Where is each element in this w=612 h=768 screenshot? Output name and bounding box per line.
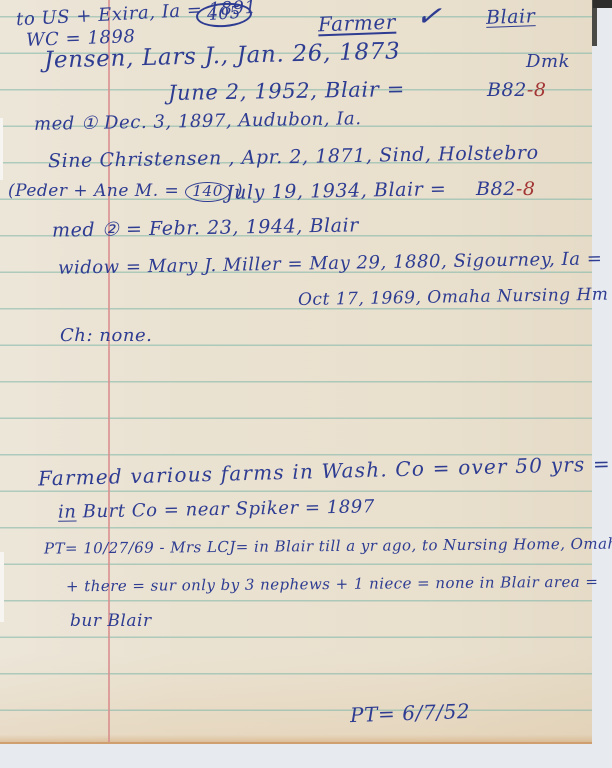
- birth-country: Dmk: [526, 52, 570, 72]
- plot-number: B82: [476, 178, 516, 200]
- children-note: Ch: none.: [60, 326, 152, 346]
- torn-left-edge: [0, 552, 4, 622]
- notebook-page: to US + Exira, Ia = 1891 WC = 1898 405 F…: [0, 0, 592, 744]
- cemetery-plot-2: B82-8: [476, 179, 536, 200]
- plot-suffix-red: -8: [516, 178, 536, 200]
- footer-pt-date: PT= 6/7/52: [350, 700, 471, 726]
- parents-text: (Peder + Ane M. =: [8, 181, 179, 201]
- cemetery-plot-1: B82-8: [487, 80, 547, 101]
- page-number-circled: 405: [195, 1, 253, 29]
- death-date-line: June 2, 1952, Blair =: [168, 78, 405, 105]
- check-mark: ✓: [416, 0, 442, 33]
- plot-number: B82: [487, 79, 527, 101]
- check-glyph: ✓: [414, 0, 443, 34]
- underlined-word: in: [58, 501, 77, 522]
- scan-corner-shadow: [593, 0, 612, 8]
- wife-1-death-line: July 19, 1934, Blair =: [226, 179, 447, 204]
- reference-number-circled: 140: [185, 182, 230, 202]
- residence-town: Blair: [486, 6, 536, 29]
- burial-note: bur Blair: [70, 612, 152, 631]
- occupation-label: Farmer: [318, 11, 397, 36]
- torn-left-edge: [0, 118, 3, 180]
- plot-suffix-red: -8: [527, 79, 547, 101]
- wife-1-parents: (Peder + Ane M. = 140 ): [8, 182, 243, 202]
